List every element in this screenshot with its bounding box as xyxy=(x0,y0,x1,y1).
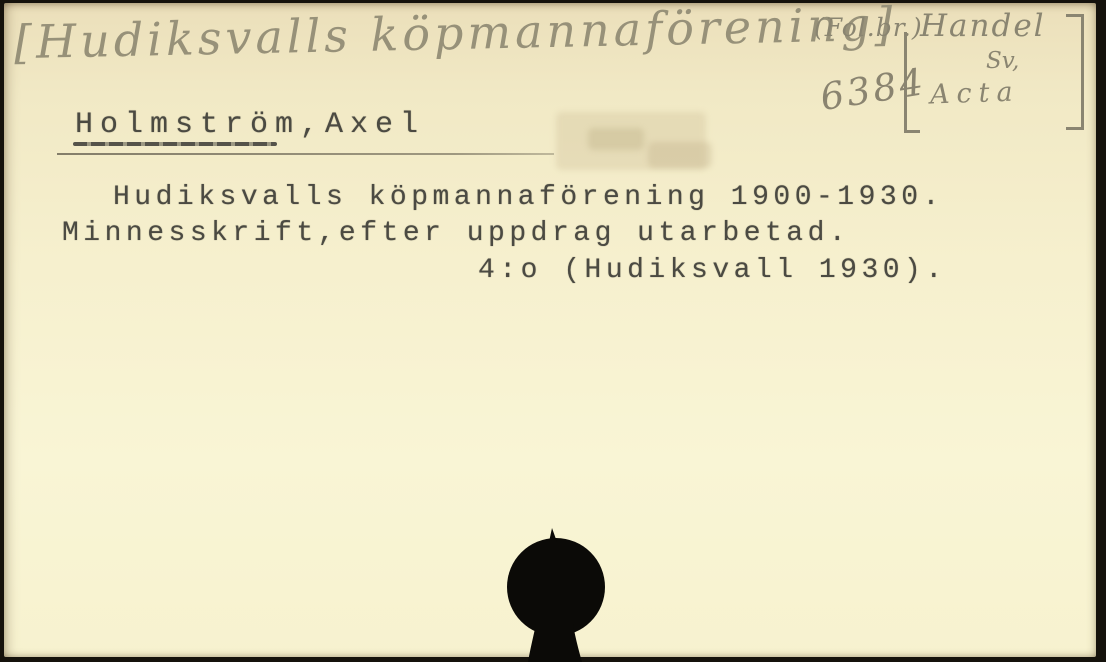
scanned-catalog-card: [Hudiksvalls köpmannaförening] (Fol.br.)… xyxy=(0,0,1106,662)
keyhole-punch-hole-icon xyxy=(0,0,1106,662)
